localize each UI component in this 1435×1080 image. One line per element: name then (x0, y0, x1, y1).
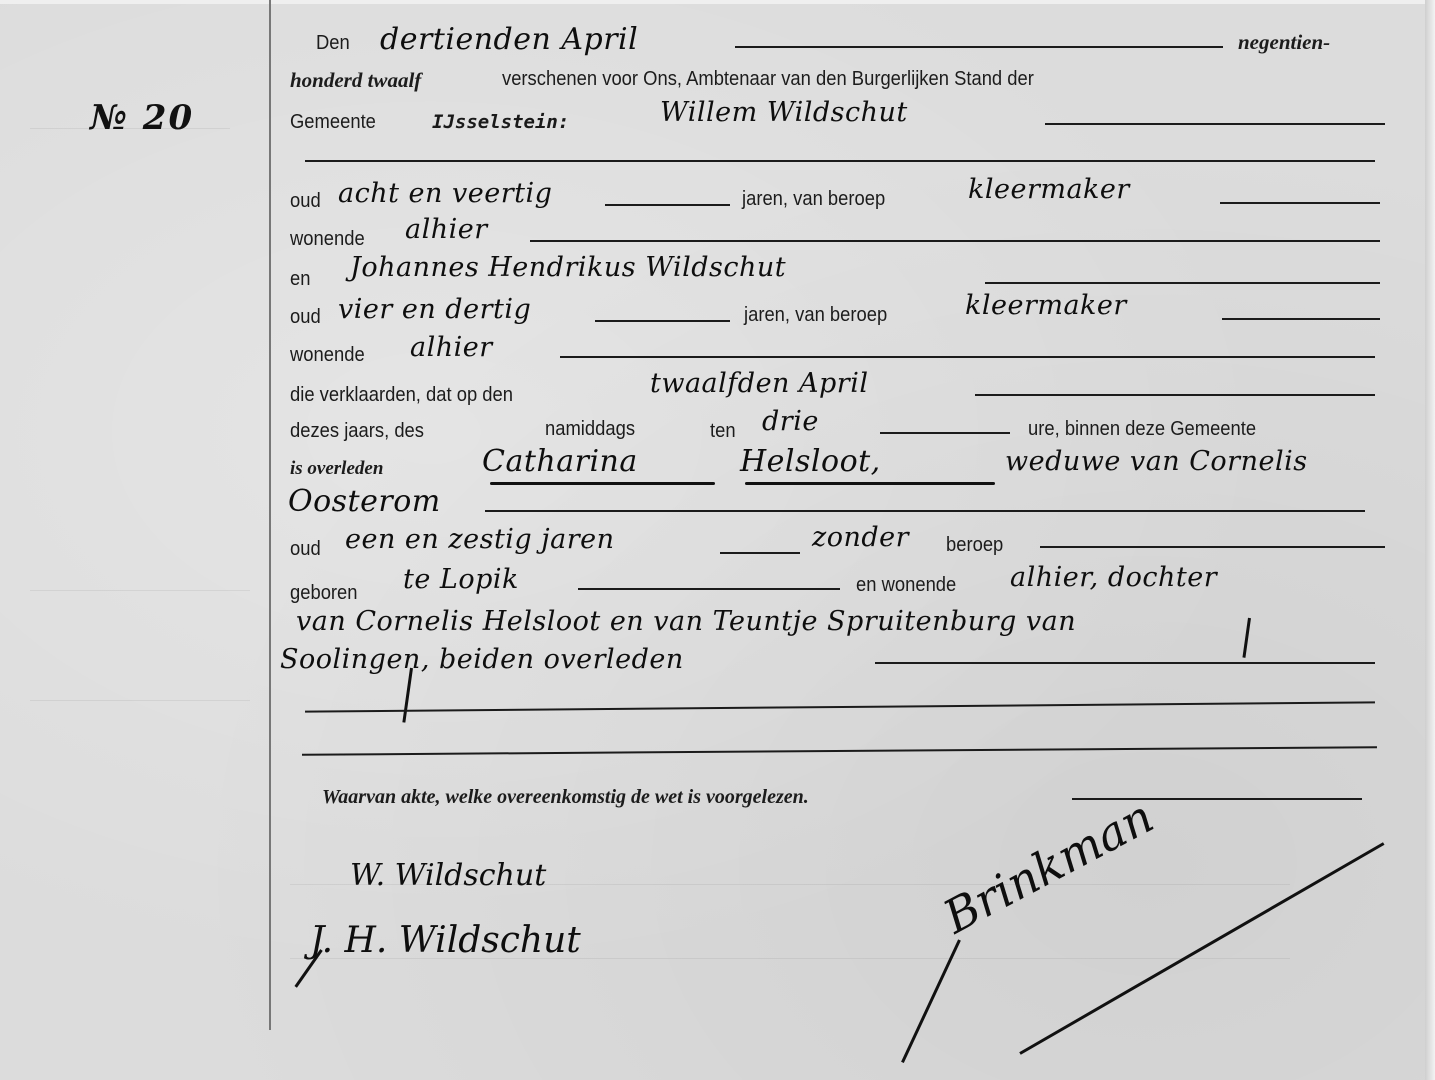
fill-rule (1222, 318, 1380, 320)
hand-parents: van Cornelis Helsloot en van Teuntje Spr… (296, 606, 1076, 637)
line-16: van Cornelis Helsloot en van Teuntje Spr… (0, 612, 1435, 652)
fill-rule (735, 46, 1223, 48)
label-dezes-jaars: dezes jaars, des (290, 420, 424, 443)
hand-death-date: twaalfden April (650, 368, 868, 399)
hand-descender-stroke (402, 668, 413, 723)
label-gemeente: Gemeente (290, 111, 376, 134)
label-en-wonende: en wonende (856, 574, 956, 597)
fill-rule (485, 510, 1365, 512)
hand-witness2-occupation: kleermaker (965, 290, 1127, 321)
hand-witness1-occupation: kleermaker (968, 174, 1130, 205)
fill-rule (1220, 202, 1380, 204)
label-wonende: wonende (290, 228, 365, 251)
signature-witness1: W. Wildschut (350, 858, 546, 893)
blank-rule (305, 160, 1375, 162)
hand-witness1-age: acht en veertig (338, 178, 552, 209)
name-underline (745, 482, 995, 485)
hand-registration-date: dertienden April (380, 22, 638, 57)
hand-witness2-residence: alhier (410, 332, 493, 363)
closing-line: Waarvan akte, welke overeenkomstig de we… (0, 780, 1435, 820)
line-17: Soolingen, beiden overleden (0, 648, 1435, 688)
label-geboren: geboren (290, 582, 358, 605)
hand-deceased-first-name: Catharina (482, 444, 638, 479)
label-is-overleden: is overleden (290, 458, 383, 480)
label-namiddags: namiddags (545, 418, 635, 441)
ghost-line (30, 700, 250, 701)
label-jaren-beroep: jaren, van beroep (742, 188, 885, 211)
fill-rule (1040, 546, 1385, 548)
hand-residence-daughter: alhier, dochter (1010, 562, 1217, 593)
label-ten: ten (710, 420, 736, 443)
hand-spouse-surname: Oosterom (288, 484, 441, 519)
signature-stroke (294, 949, 322, 988)
label-oud: oud (290, 306, 321, 329)
hand-occupation: zonder (812, 522, 909, 553)
fill-rule (595, 320, 730, 322)
death-certificate-page: № 20 Den dertienden April negentien- hon… (0, 0, 1435, 1080)
line-1: Den dertienden April negentien- (0, 26, 1435, 66)
hand-deceased-age: een en zestig jaren (345, 524, 615, 555)
label-wonende: wonende (290, 344, 365, 367)
fill-rule (875, 662, 1375, 664)
label-oud: oud (290, 538, 321, 561)
line-3: Gemeente IJsselstein: Willem Wildschut (0, 103, 1435, 143)
page-top-edge (0, 0, 1435, 4)
name-underline (490, 482, 715, 485)
hand-witness2-name: Johannes Hendrikus Wildschut (350, 252, 786, 283)
signature-witness2: J. H. Wildschut (310, 920, 581, 961)
fill-rule (605, 204, 730, 206)
fill-rule (560, 356, 1375, 358)
line-13: Oosterom (0, 490, 1435, 530)
fill-rule (880, 432, 1010, 434)
fill-rule (720, 552, 800, 554)
hand-deceased-last-name: Helsloot, (740, 444, 881, 479)
hand-birthplace: te Lopik (403, 564, 519, 595)
hand-parents-cont: Soolingen, beiden overleden (280, 644, 684, 675)
line-12: is overleden Catharina Helsloot, weduwe … (0, 450, 1435, 490)
hand-witness1-residence: alhier (405, 214, 488, 245)
label-die-verklaarden: die verklaarden, dat op den (290, 384, 513, 407)
label-oud: oud (290, 190, 321, 213)
label-den: Den (316, 32, 350, 55)
fill-rule (578, 588, 840, 590)
line-14: oud een en zestig jaren zonder beroep (0, 530, 1435, 570)
fill-rule (985, 282, 1380, 284)
blank-rule (305, 701, 1375, 712)
hand-witness1-name: Willem Wildschut (660, 97, 908, 128)
line-7: en Johannes Hendrikus Wildschut (0, 258, 1435, 298)
line-5: oud acht en veertig jaren, van beroep kl… (0, 180, 1435, 220)
blank-rule (302, 746, 1377, 756)
fill-rule (975, 394, 1375, 396)
label-negentien: negentien- (1238, 30, 1330, 55)
printed-text: verschenen voor Ons, Ambtenaar van den B… (502, 68, 1034, 91)
label-jaren-beroep: jaren, van beroep (744, 304, 887, 327)
printed-year: honderd twaalf (290, 68, 421, 93)
label-ure-gemeente: ure, binnen deze Gemeente (1028, 418, 1256, 441)
fill-rule (1045, 123, 1385, 125)
closing-text: Waarvan akte, welke overeenkomstig de we… (322, 786, 809, 809)
fill-rule (530, 240, 1380, 242)
hand-witness2-age: vier en dertig (338, 294, 531, 325)
municipality-name: IJsselstein: (432, 111, 569, 133)
hand-widow-of: weduwe van Cornelis (1005, 446, 1308, 477)
line-8: oud vier en dertig jaren, van beroep kle… (0, 296, 1435, 336)
label-en: en (290, 268, 310, 291)
label-beroep: beroep (946, 534, 1003, 557)
hand-hour: drie (762, 406, 819, 437)
